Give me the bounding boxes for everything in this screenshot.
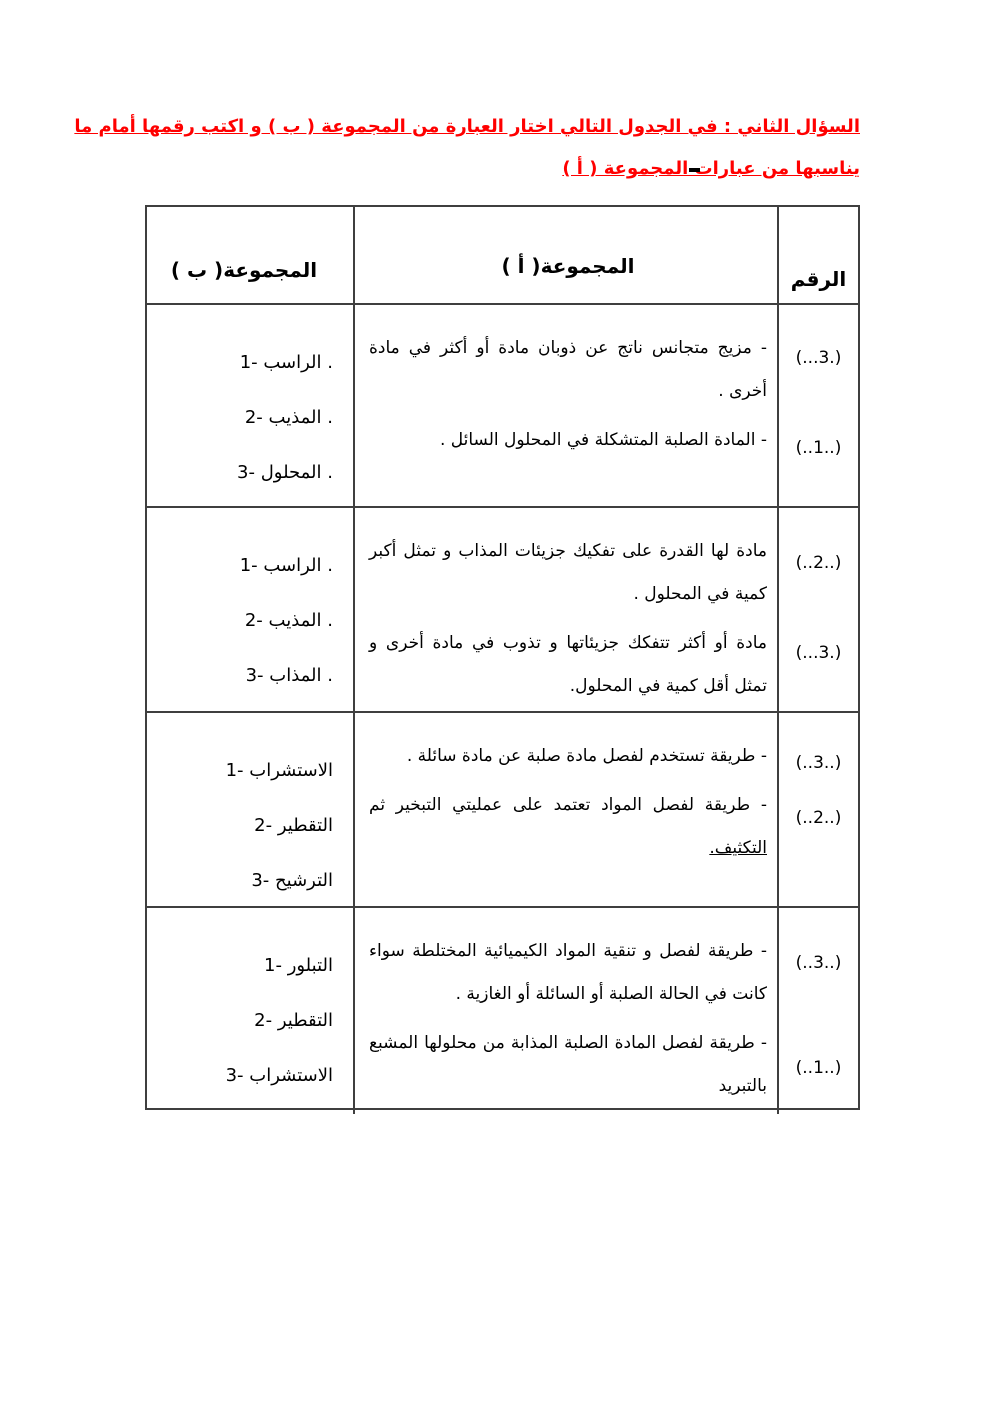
answer-blank[interactable]: (...3.) — [779, 638, 858, 668]
statement: مادة لها القدرة على تفكيك جزيئات المذاب … — [369, 530, 767, 616]
option-b: 2- المذيب . — [155, 593, 333, 648]
answer-blank[interactable]: (..3..) — [779, 748, 858, 778]
table-row: 1- الراسب . 2- المذيب . 3- المحلول . - م… — [147, 303, 858, 506]
header-number: الرقم — [777, 207, 858, 303]
answer-number-cell: (..3..) (..1..) — [777, 908, 858, 1114]
underscore-artifact — [689, 168, 700, 172]
option-b: 1- الاستشراب — [155, 743, 333, 798]
option-b: 3- الاستشراب — [155, 1048, 333, 1103]
group-a-statements: - طريقة لفصل و تنقية المواد الكيميائية ا… — [353, 908, 777, 1114]
group-a-statements: - طريقة تستخدم لفصل مادة صلبة عن مادة سا… — [353, 713, 777, 908]
matching-table: المجموعة( ب ) المجموعة( أ ) الرقم 1- الر… — [145, 205, 860, 1110]
answer-blank[interactable]: (..2..) — [779, 548, 858, 578]
header-group-b: المجموعة( ب ) — [147, 207, 353, 303]
table-row: 1- التبلور 2- التقطير 3- الاستشراب - طري… — [147, 906, 858, 1108]
group-b-options: 1- الاستشراب 2- التقطير 3- الترشيح — [147, 713, 353, 908]
statement: - طريقة تستخدم لفصل مادة صلبة عن مادة سا… — [369, 735, 767, 778]
table-row: 1- الاستشراب 2- التقطير 3- الترشيح - طري… — [147, 711, 858, 906]
option-b: 1- الراسب . — [155, 335, 333, 390]
option-b: 3- الترشيح — [155, 853, 333, 908]
answer-blank[interactable]: (...3.) — [779, 343, 858, 373]
answer-blank[interactable]: (..1..) — [779, 433, 858, 463]
answer-blank[interactable]: (..1..) — [779, 1053, 858, 1083]
answer-number-cell: (..2..) (...3.) — [777, 508, 858, 714]
table-header-row: المجموعة( ب ) المجموعة( أ ) الرقم — [147, 207, 858, 303]
question-title-line-2: يناسبها من عبارات المجموعة ( أ ) — [145, 148, 860, 190]
statement: - طريقة لفصل المادة الصلبة المذابة من مح… — [369, 1022, 767, 1108]
question-title: السؤال الثاني : في الجدول التالي اختار ا… — [145, 106, 860, 190]
statement: - طريقة لفصل و تنقية المواد الكيميائية ا… — [369, 930, 767, 1016]
question-title-line-1: السؤال الثاني : في الجدول التالي اختار ا… — [145, 106, 860, 148]
statement: - المادة الصلبة المتشكلة في المحلول السا… — [369, 419, 767, 462]
group-b-options: 1- التبلور 2- التقطير 3- الاستشراب — [147, 908, 353, 1114]
option-b: 3- المحلول . — [155, 445, 333, 500]
statement: - مزيج متجانس ناتج عن ذوبان مادة أو أكثر… — [369, 327, 767, 413]
group-b-options: 1- الراسب . 2- المذيب . 3- المحلول . — [147, 305, 353, 506]
option-b: 2- التقطير — [155, 798, 333, 853]
option-b: 2- التقطير — [155, 993, 333, 1048]
option-b: 1- التبلور — [155, 938, 333, 993]
answer-number-cell: (..3..) (..2..) — [777, 713, 858, 908]
answer-number-cell: (...3.) (..1..) — [777, 305, 858, 506]
option-b: 2- المذيب . — [155, 390, 333, 445]
option-b: 3- المذاب . — [155, 648, 333, 703]
answer-blank[interactable]: (..2..) — [779, 803, 858, 833]
statement: مادة أو أكثر تتفكك جزيئاتها و تذوب في ما… — [369, 622, 767, 708]
header-group-a: المجموعة( أ ) — [353, 207, 777, 303]
group-a-statements: مادة لها القدرة على تفكيك جزيئات المذاب … — [353, 508, 777, 714]
group-a-statements: - مزيج متجانس ناتج عن ذوبان مادة أو أكثر… — [353, 305, 777, 506]
answer-blank[interactable]: (..3..) — [779, 948, 858, 978]
option-b: 1- الراسب . — [155, 538, 333, 593]
group-b-options: 1- الراسب . 2- المذيب . 3- المذاب . — [147, 508, 353, 714]
page-content: السؤال الثاني : في الجدول التالي اختار ا… — [145, 0, 860, 1110]
statement: - طريقة لفصل المواد تعتمد على عمليتي الت… — [369, 784, 767, 870]
table-row: 1- الراسب . 2- المذيب . 3- المذاب . مادة… — [147, 506, 858, 711]
